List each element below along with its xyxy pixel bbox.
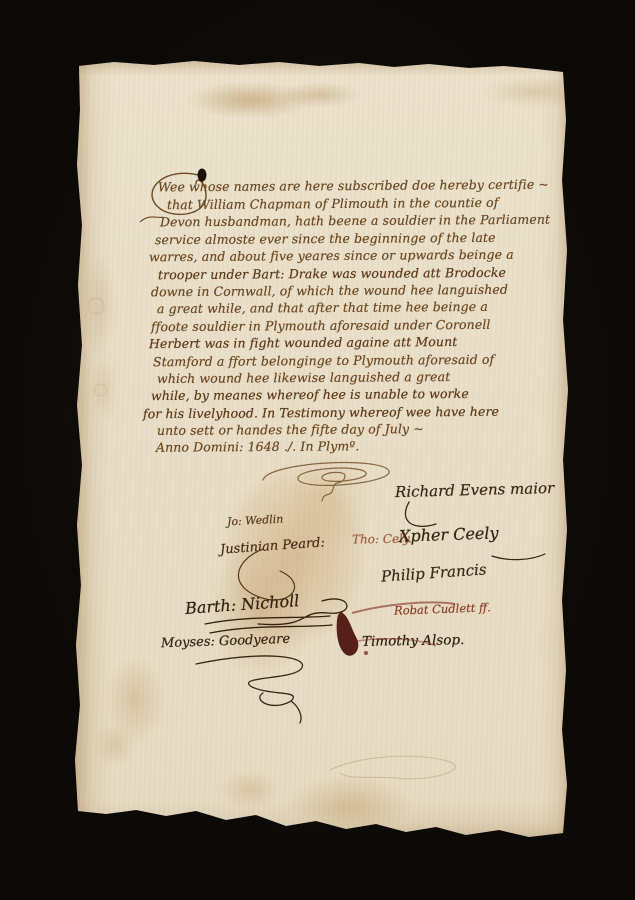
- manuscript-line: which wound hee likewise languished a gr…: [157, 371, 450, 386]
- manuscript-line: warres, and about five yeares since or u…: [149, 249, 514, 264]
- manuscript-line: that William Chapman of Plimouth in the …: [167, 197, 499, 212]
- manuscript-line: downe in Cornwall, of which the wound he…: [151, 284, 508, 299]
- manuscript-line: Anno Domini: 1648 ./. In Plymº.: [156, 440, 360, 454]
- manuscript-line: while, by meanes whereof hee is unable t…: [151, 388, 469, 403]
- manuscript-line: Herbert was in fight wounded againe att …: [149, 336, 457, 351]
- manuscript-line: unto sett or handes the fifte day of Jul…: [157, 423, 424, 437]
- manuscript-line: Wee whose names are here subscribed doe …: [158, 179, 549, 194]
- manuscript-line: for his livelyhood. In Testimony whereof…: [143, 406, 499, 421]
- manuscript-line: a great while, and that after that time …: [157, 301, 488, 316]
- signature-timothy-alsop: Timothy Alsop.: [362, 632, 465, 650]
- manuscript-scan: Wee whose names are here subscribed doe …: [0, 0, 635, 900]
- manuscript-line: Stamford a ffort belonginge to Plymouth …: [153, 354, 494, 369]
- manuscript-line: Devon husbandman, hath beene a souldier …: [160, 214, 550, 229]
- manuscript-line: service almoste ever since the beginning…: [155, 232, 496, 247]
- manuscript-line: ffoote souldier in Plymouth aforesaid un…: [151, 319, 491, 334]
- signature-xpher-ceely: Xpher Ceely: [399, 523, 499, 545]
- manuscript-line: trooper under Bart: Drake was wounded at…: [158, 267, 506, 282]
